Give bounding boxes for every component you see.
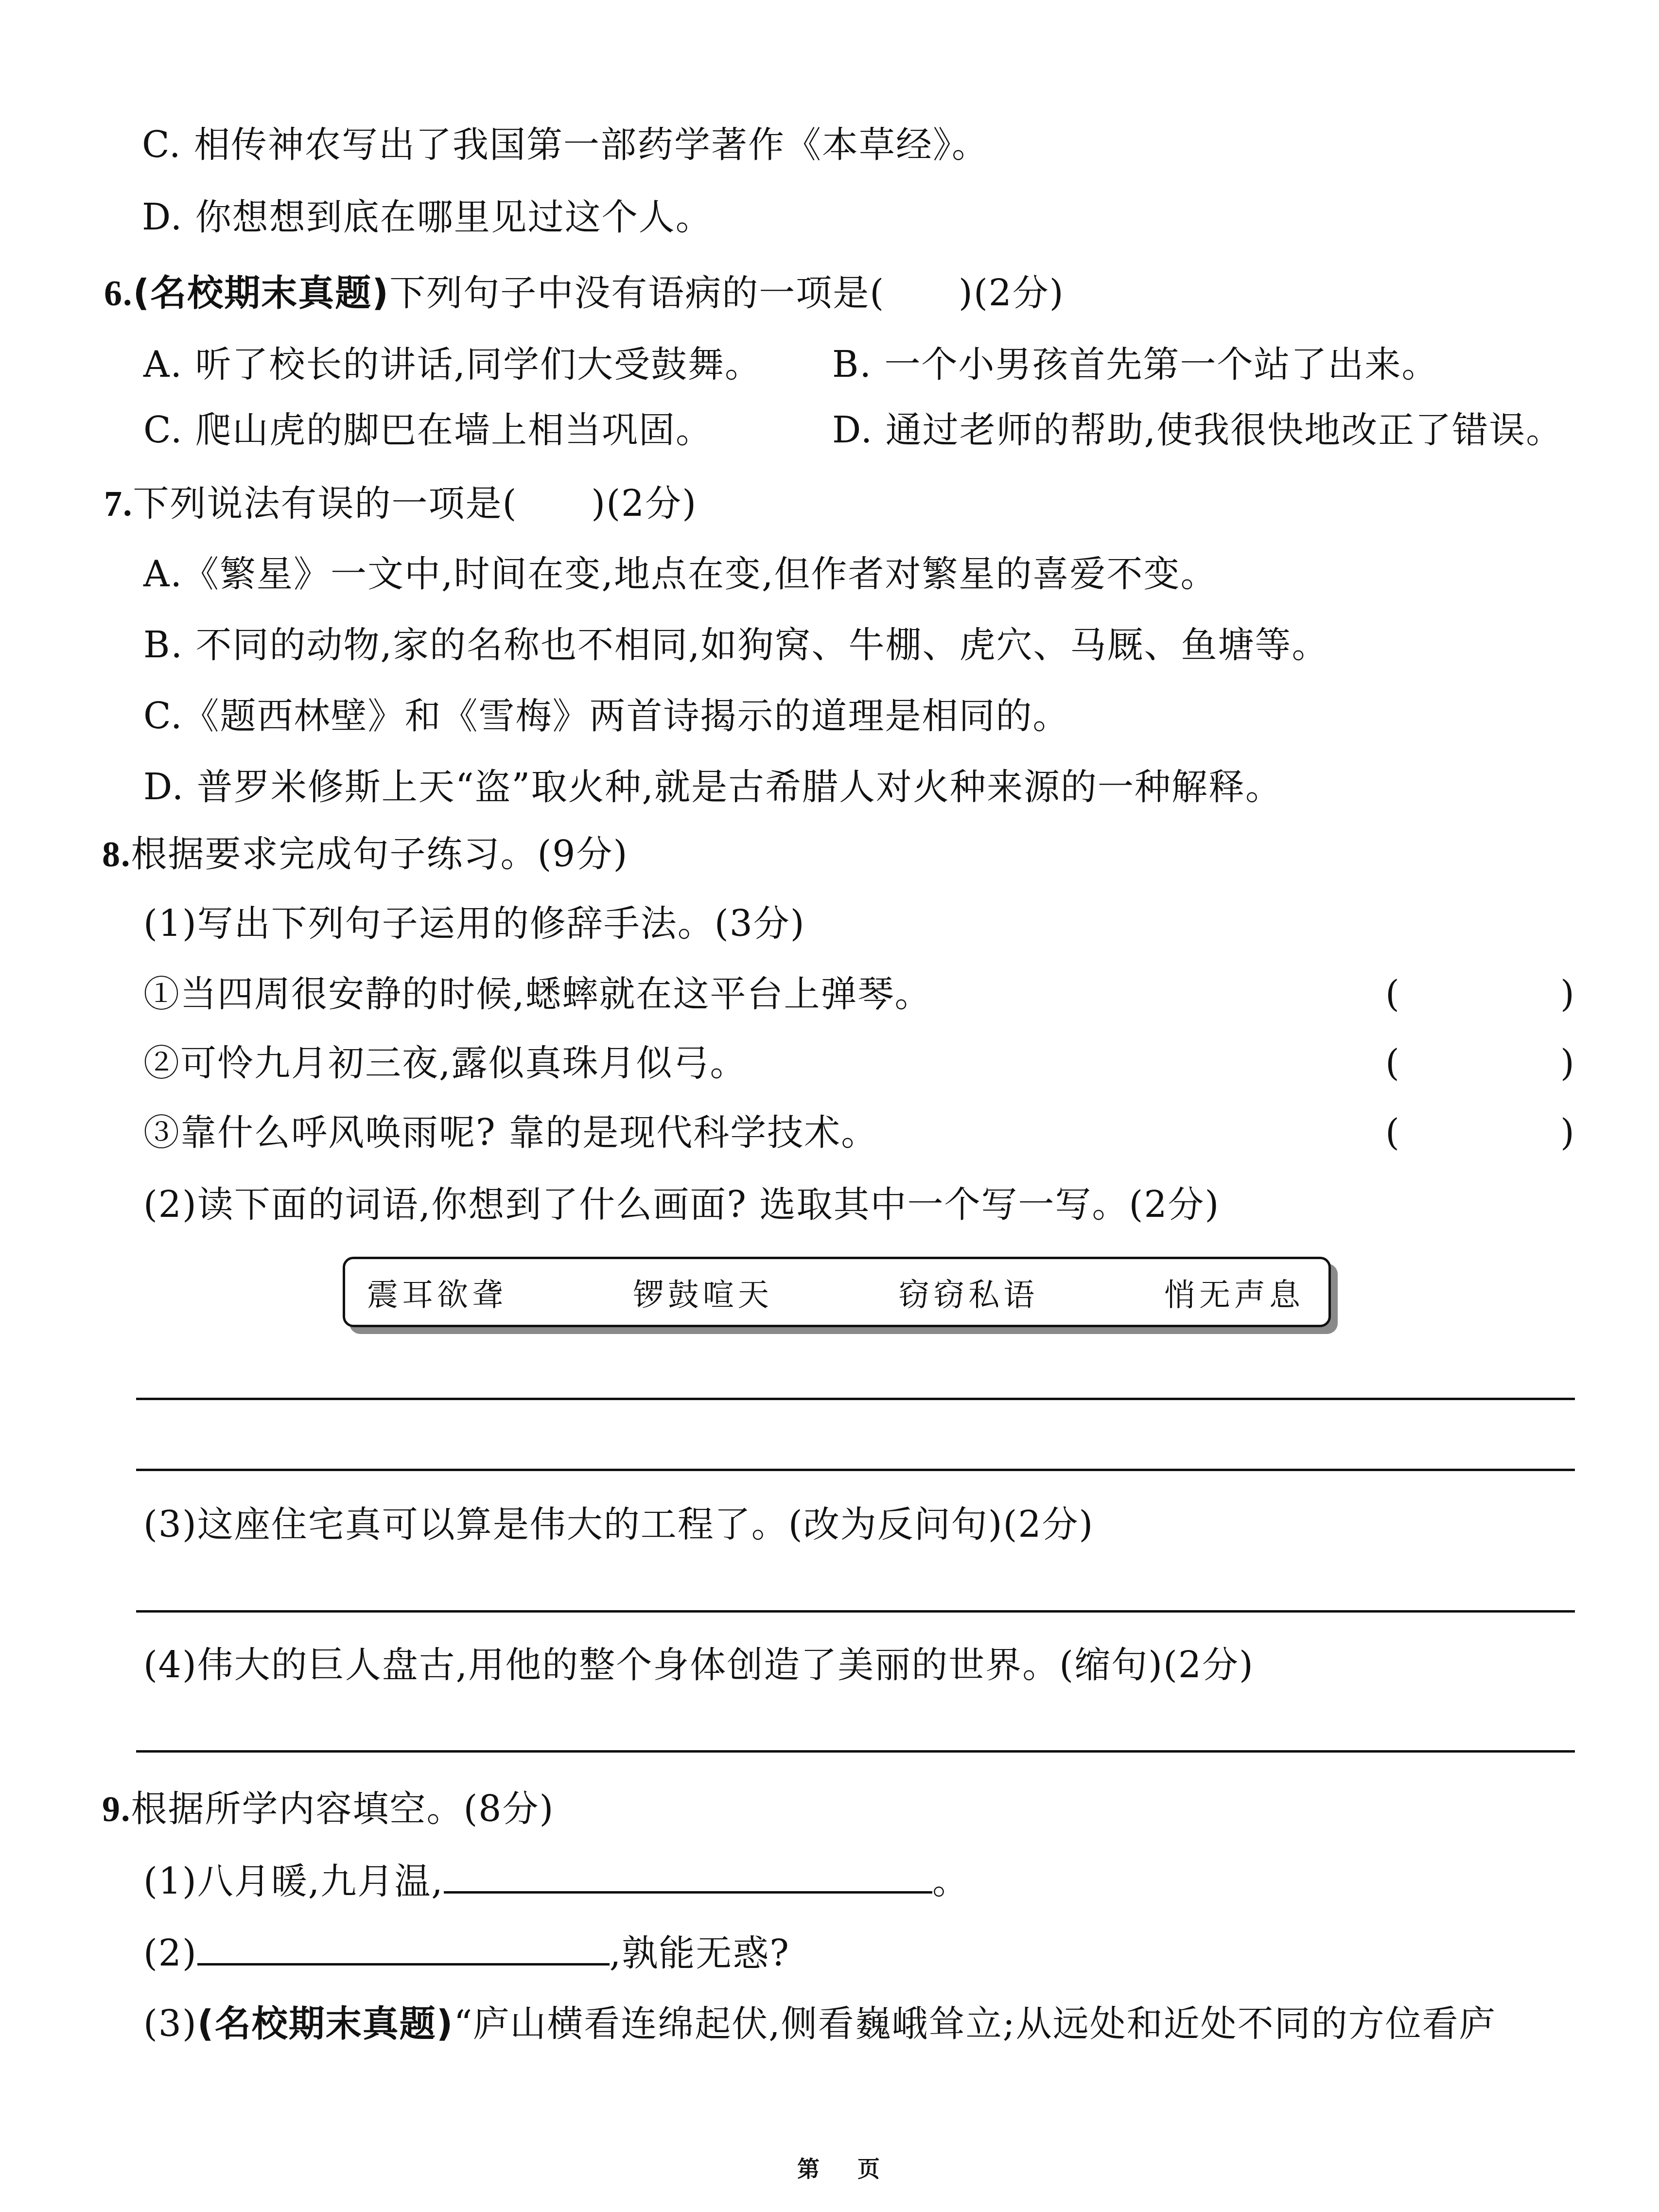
q6-option-b[interactable]: B. 一个小男孩首先第一个站了出来。 (832, 340, 1438, 389)
answer-paren-open-1: ( (1385, 970, 1399, 1018)
q9-item-1: (1)八月暖,九月温,。 (143, 1857, 969, 1906)
q6-source-tag: (名校期末真题) (133, 272, 390, 314)
q8-stem: 根据要求完成句子练习。(9分) (131, 833, 629, 875)
q8-answer-field-3[interactable] (1400, 1111, 1555, 1155)
q9-number: 9. (102, 1790, 131, 1829)
q9-item-1-after: 。 (932, 1861, 969, 1902)
q8-part2-answer-line-1[interactable] (136, 1398, 1575, 1400)
answer-paren-close-3: ) (1560, 1108, 1574, 1157)
q9-item-3-prefix: (3) (143, 2003, 197, 2045)
word-choice-box: 震耳欲聋 锣鼓喧天 窃窃私语 悄无声息 (343, 1257, 1331, 1327)
q7-option-c[interactable]: C.《题西林壁》和《雪梅》两首诗揭示的道理是相同的。 (143, 692, 1070, 740)
q8-part2-answer-line-2[interactable] (136, 1469, 1575, 1471)
answer-paren-close-2: ) (1560, 1039, 1574, 1088)
q9-item-1-blank[interactable] (444, 1861, 932, 1894)
q7-stem: 下列说法有误的一项是( )(2分) (133, 483, 698, 525)
q7-option-b[interactable]: B. 不同的动物,家的名称也不相同,如狗窝、牛棚、虎穴、马厩、鱼塘等。 (143, 621, 1328, 669)
answer-paren-open-3: ( (1385, 1108, 1399, 1157)
footer-page-prefix: 第 (797, 2151, 820, 2183)
answer-paren-close-1: ) (1560, 970, 1574, 1018)
q8-part1-item-3: ③靠什么呼风唤雨呢? 靠的是现代科学技术。 (143, 1108, 878, 1157)
q5-option-d: D. 你想想到底在哪里见过这个人。 (142, 193, 713, 242)
word-3: 窃窃私语 (898, 1270, 1038, 1315)
q8-part1-item-1: ①当四周很安静的时候,蟋蟀就在这平台上弹琴。 (143, 970, 932, 1018)
q9-item-3-text: “庐山横看连绵起伏,侧看巍峨耸立;从远处和近处不同的方位看庐 (454, 2003, 1496, 2045)
q7-option-a[interactable]: A.《繁星》一文中,时间在变,地点在变,但作者对繁星的喜爱不变。 (143, 550, 1218, 598)
q8-part1-item-2: ②可怜九月初三夜,露似真珠月似弓。 (143, 1039, 747, 1088)
q9-item-3: (3)(名校期末真题)“庐山横看连绵起伏,侧看巍峨耸立;从远处和近处不同的方位看… (143, 2000, 1496, 2048)
q8-part3-answer-line[interactable] (136, 1610, 1575, 1613)
q6-option-d[interactable]: D. 通过老师的帮助,使我很快地改正了错误。 (832, 406, 1563, 455)
q8-answer-field-2[interactable] (1400, 1041, 1555, 1085)
q7-number: 7. (104, 484, 133, 524)
q8-part4-prompt: (4)伟大的巨人盘古,用他的整个身体创造了美丽的世界。(缩句)(2分) (143, 1641, 1254, 1689)
q7-option-d[interactable]: D. 普罗米修斯上天“盗”取火种,就是古希腊人对火种来源的一种解释。 (143, 763, 1282, 811)
q5-option-c: C. 相传神农写出了我国第一部药学著作《本草经》。 (142, 121, 989, 169)
word-1: 震耳欲聋 (367, 1270, 507, 1315)
word-2: 锣鼓喧天 (633, 1270, 773, 1315)
q9-question: 9.根据所学内容填空。(8分) (102, 1785, 554, 1833)
q8-number: 8. (102, 835, 131, 875)
q8-part2-prompt: (2)读下面的词语,你想到了什么画面? 选取其中一个写一写。(2分) (143, 1180, 1220, 1229)
q8-part1-prompt: (1)写出下列句子运用的修辞手法。(3分) (143, 899, 805, 948)
q7-question: 7.下列说法有误的一项是( )(2分) (104, 479, 697, 528)
q9-item-2-before: (2) (143, 1932, 197, 1974)
answer-paren-open-2: ( (1385, 1039, 1399, 1088)
q9-stem: 根据所学内容填空。(8分) (131, 1788, 555, 1830)
footer-page-suffix: 页 (857, 2151, 880, 2183)
q6-number: 6. (104, 274, 133, 314)
q6-stem: 下列句子中没有语病的一项是( )(2分) (389, 272, 1065, 314)
q8-part3-prompt: (3)这座住宅真可以算是伟大的工程了。(改为反问句)(2分) (143, 1500, 1094, 1549)
q8-answer-field-1[interactable] (1400, 972, 1555, 1016)
q9-item-2-after: ,孰能无惑? (610, 1932, 790, 1974)
q6-option-a[interactable]: A. 听了校长的讲话,同学们大受鼓舞。 (143, 340, 762, 389)
q9-item-3-source-tag: (名校期末真题) (197, 2003, 454, 2045)
q8-part4-answer-line[interactable] (136, 1750, 1575, 1753)
q6-question: 6.(名校期末真题)下列句子中没有语病的一项是( )(2分) (104, 269, 1065, 317)
q6-option-c[interactable]: C. 爬山虎的脚巴在墙上相当巩固。 (143, 406, 713, 455)
q8-question: 8.根据要求完成句子练习。(9分) (102, 830, 628, 878)
q9-item-2-blank[interactable] (197, 1933, 610, 1966)
q9-item-2: (2),孰能无惑? (143, 1929, 790, 1978)
word-4: 悄无声息 (1164, 1270, 1304, 1315)
page-footer: 第页 (797, 2151, 880, 2183)
q9-item-1-before: (1)八月暖,九月温, (143, 1861, 444, 1902)
